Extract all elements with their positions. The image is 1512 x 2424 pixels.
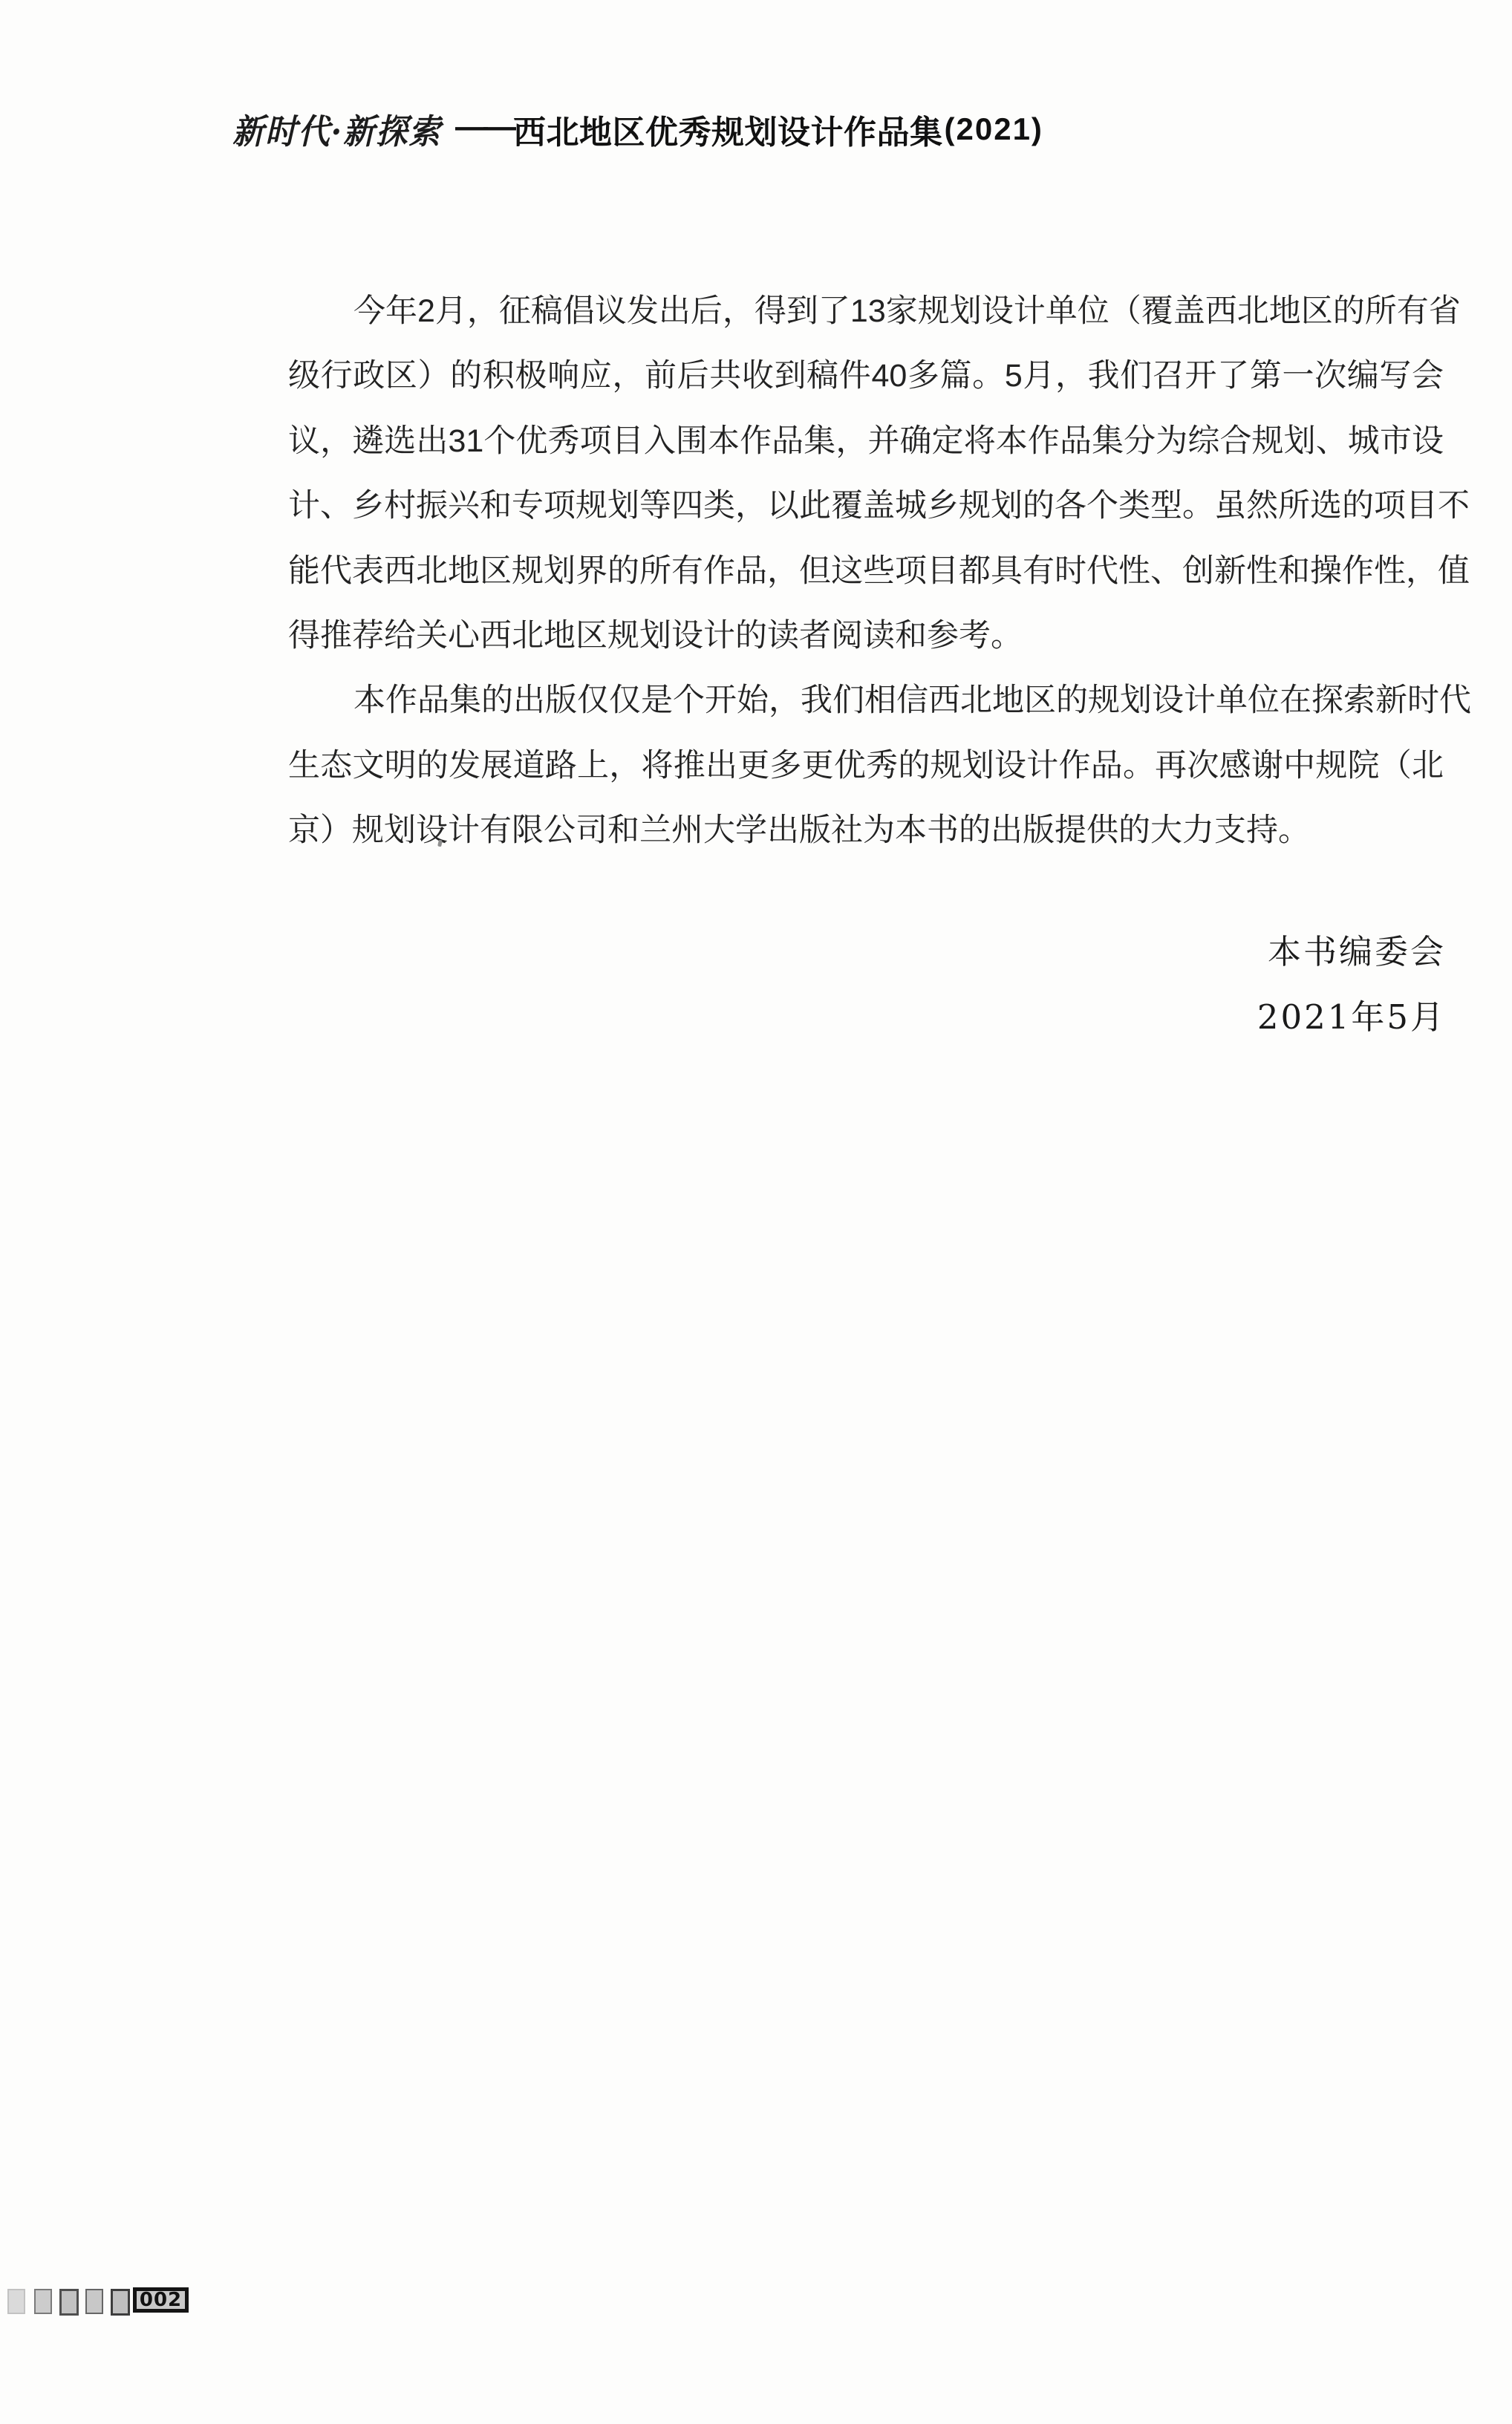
page-number: 002 [133, 2287, 189, 2313]
paragraph1-line: 能代表西北地区规划界的所有作品，但这些项目都具有时代性、创新性和操作性，值 [288, 539, 1444, 604]
running-head-year: (2021) [945, 111, 1043, 147]
running-head: 新时代·新探索 —— 西北地区优秀规划设计作品集 (2021) [232, 102, 1043, 156]
running-head-calligraphy: 新时代·新探索 [232, 105, 442, 154]
print-mark-square [34, 2289, 52, 2314]
paragraph2-line: 本作品集的出版仅仅是个开始，我们相信西北地区的规划设计单位在探索新时代 [288, 668, 1444, 733]
running-head-dash: —— [455, 108, 512, 146]
paragraph1-line: 议，遴选出31个优秀项目入围本作品集，并确定将本作品集分为综合规划、城市设 [288, 409, 1444, 474]
running-head-title: 西北地区优秀规划设计作品集 [513, 105, 943, 153]
paragraph1-line: 得推荐给关心西北地区规划设计的读者阅读和参考。 [288, 604, 1444, 668]
print-mark-square [85, 2289, 103, 2314]
book-page: 新时代·新探索 —— 西北地区优秀规划设计作品集 (2021) 今年2月，征稿倡… [0, 0, 1512, 2424]
footer: 002 [0, 2287, 297, 2316]
paragraph2-line: 生态文明的发展道路上，将推出更多更优秀的规划设计作品。再次感谢中规院（北 [288, 734, 1444, 798]
paragraph1-line: 计、乡村振兴和专项规划等四类，以此覆盖城乡规划的各个类型。虽然所选的项目不 [288, 474, 1444, 538]
signature-date: 2021年5月 [1040, 985, 1446, 1050]
print-mark-square [59, 2289, 79, 2316]
signature-block: 本书编委会 2021年5月 [1040, 919, 1446, 1050]
signature-committee: 本书编委会 [1040, 919, 1446, 985]
preface-body: 今年2月，征稿倡议发出后，得到了13家规划设计单位（覆盖西北地区的所有省 级行政… [288, 279, 1444, 864]
print-mark-square [111, 2289, 130, 2316]
paragraph1-line: 级行政区）的积极响应，前后共收到稿件40多篇。5月，我们召开了第一次编写会 [288, 344, 1444, 408]
print-mark-square [7, 2289, 25, 2314]
paragraph1-line: 今年2月，征稿倡议发出后，得到了13家规划设计单位（覆盖西北地区的所有省 [288, 279, 1444, 344]
paragraph2-line: 京）规划设计有限公司和兰州大学出版社为本书的出版提供的大力支持。 [288, 798, 1444, 863]
